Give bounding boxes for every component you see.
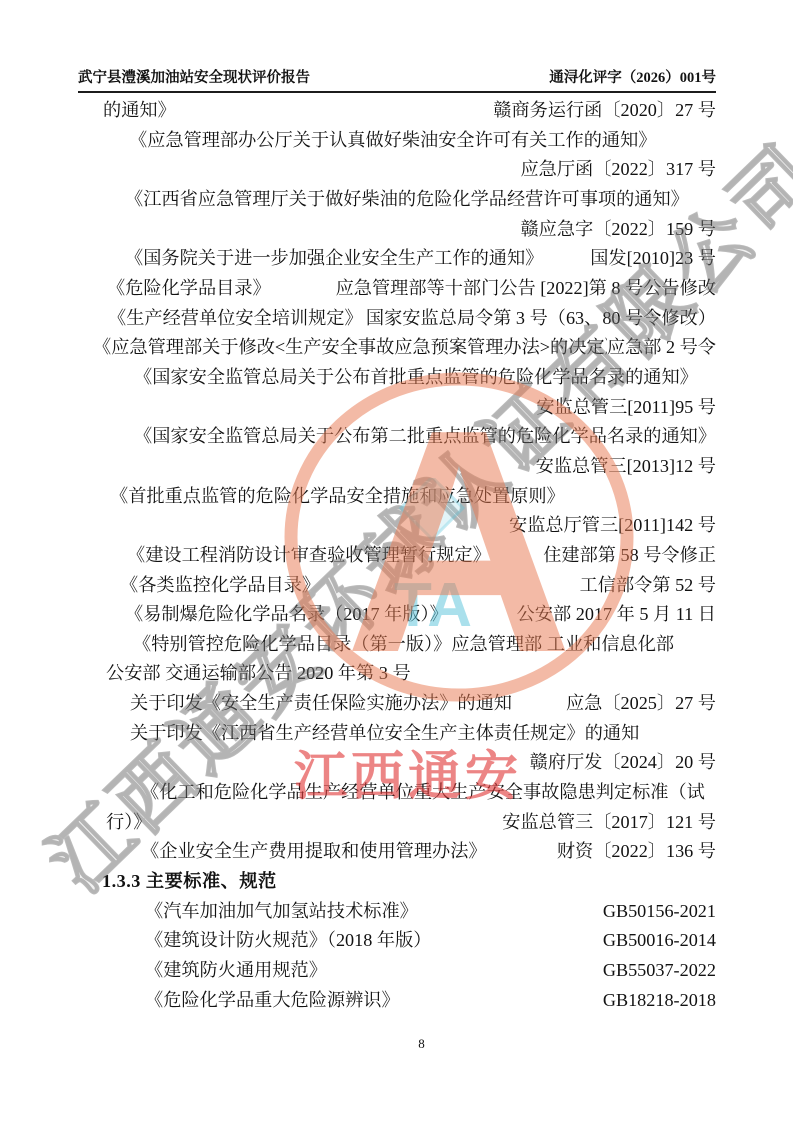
document-line: 《企业安全生产费用提取和使用管理办法》财资〔2022〕136 号 xyxy=(78,837,716,867)
document-line: 安监总管三[2011]95 号 xyxy=(78,393,716,423)
document-line: 的通知》赣商务运行函〔2020〕27 号 xyxy=(78,96,716,126)
line-text: 《应急管理部办公厅关于认真做好柴油安全许可有关工作的通知》 xyxy=(78,126,656,156)
line-text: 《危险化学品目录》 xyxy=(78,274,271,304)
line-number: GB18218-2018 xyxy=(603,986,716,1016)
page-header: 武宁县澧溪加油站安全现状评价报告 通浔化评字（2026）001号 xyxy=(78,66,716,93)
line-text: 《国家安全监管总局关于公布首批重点监管的危险化学品名录的通知》 xyxy=(78,363,698,393)
line-text: 关于印发《江西省生产经营单位安全生产主体责任规定》的通知 xyxy=(78,719,639,749)
line-number: 公安部 2017 年 5 月 11 日 xyxy=(517,600,716,630)
document-line: 《易制爆危险化学品名录（2017 年版）》公安部 2017 年 5 月 11 日 xyxy=(78,600,716,630)
document-line: 应急厅函〔2022〕317 号 xyxy=(78,155,716,185)
line-text: 《危险化学品重大危险源辨识》 xyxy=(78,986,400,1016)
line-text: 《企业安全生产费用提取和使用管理办法》 xyxy=(78,837,487,867)
line-number: 安监总厅管三[2011]142 号 xyxy=(509,511,716,541)
document-line: 《特别管控危险化学品目录（第一版）》应急管理部 工业和信息化部 xyxy=(78,630,716,660)
document-line: 《建筑防火通用规范》GB55037-2022 xyxy=(78,956,716,986)
line-text: 《建筑设计防火规范》（2018 年版） xyxy=(78,926,431,956)
line-text: 《化工和危险化学品生产经营单位重大生产安全事故隐患判定标准（试 xyxy=(78,778,705,808)
line-number: 国家安监总局令第 3 号（63、80 号令修改） xyxy=(366,304,716,334)
report-page: 武宁县澧溪加油站安全现状评价报告 通浔化评字（2026）001号 的通知》赣商务… xyxy=(0,0,793,1122)
document-line: 安监总厅管三[2011]142 号 xyxy=(78,511,716,541)
document-line: 《危险化学品目录》应急管理部等十部门公告 [2022]第 8 号公告修改 xyxy=(78,274,716,304)
line-number: 赣应急字〔2022〕159 号 xyxy=(520,215,716,245)
line-text: 《建设工程消防设计审查验收管理暂行规定》 xyxy=(78,541,491,571)
report-title: 武宁县澧溪加油站安全现状评价报告 xyxy=(78,66,310,87)
line-number: 应急管理部等十部门公告 [2022]第 8 号公告修改 xyxy=(336,274,716,304)
line-number: 应急厅函〔2022〕317 号 xyxy=(520,155,716,185)
line-text: 《各类监控化学品目录》 xyxy=(78,571,320,601)
line-number: 应急部 2 号令 xyxy=(607,333,716,363)
document-line: 赣府厅发〔2024〕20 号 xyxy=(78,748,716,778)
document-number: 通浔化评字（2026）001号 xyxy=(549,66,716,87)
line-number: GB50016-2014 xyxy=(603,926,716,956)
line-number: 住建部第 58 号令修正 xyxy=(543,541,716,571)
line-number: GB55037-2022 xyxy=(603,956,716,986)
document-line: 关于印发《江西省生产经营单位安全生产主体责任规定》的通知 xyxy=(78,719,716,749)
line-text: 《特别管控危险化学品目录（第一版）》应急管理部 工业和信息化部 xyxy=(78,630,674,660)
line-text: 《国务院关于进一步加强企业安全生产工作的通知》 xyxy=(78,244,543,274)
document-line: 公安部 交通运输部公告 2020 年第 3 号 xyxy=(78,659,716,689)
line-number: 工信部令第 52 号 xyxy=(580,571,716,601)
document-line: 安监总管三[2013]12 号 xyxy=(78,452,716,482)
line-text: 的通知》 xyxy=(78,96,176,126)
document-line: 《生产经营单位安全培训规定》国家安监总局令第 3 号（63、80 号令修改） xyxy=(78,304,716,334)
line-text: 1.3.3 主要标准、规范 xyxy=(78,867,277,897)
document-body: 的通知》赣商务运行函〔2020〕27 号《应急管理部办公厅关于认真做好柴油安全许… xyxy=(78,96,716,1015)
document-line: 关于印发《安全生产责任保险实施办法》的通知应急〔2025〕27 号 xyxy=(78,689,716,719)
line-number: 应急〔2025〕27 号 xyxy=(566,689,716,719)
document-line: 赣应急字〔2022〕159 号 xyxy=(78,215,716,245)
line-number: 国发[2010]23 号 xyxy=(590,244,716,274)
line-text: 《应急管理部关于修改<生产安全事故应急预案管理办法>的决定》 xyxy=(78,333,607,363)
line-number: 安监总管三〔2017〕121 号 xyxy=(502,808,716,838)
document-line: 《危险化学品重大危险源辨识》GB18218-2018 xyxy=(78,986,716,1016)
line-number: 财资〔2022〕136 号 xyxy=(557,837,716,867)
document-line: 《各类监控化学品目录》工信部令第 52 号 xyxy=(78,571,716,601)
document-line: 《国务院关于进一步加强企业安全生产工作的通知》国发[2010]23 号 xyxy=(78,244,716,274)
line-text: 关于印发《安全生产责任保险实施办法》的通知 xyxy=(78,689,512,719)
document-line: 《国家安全监管总局关于公布首批重点监管的危险化学品名录的通知》 xyxy=(78,363,716,393)
line-text: 公安部 交通运输部公告 2020 年第 3 号 xyxy=(78,659,411,689)
line-text: 《汽车加油加气加氢站技术标准》 xyxy=(78,897,418,927)
line-number: 安监总管三[2011]95 号 xyxy=(536,393,716,423)
document-line: 行）》安监总管三〔2017〕121 号 xyxy=(78,808,716,838)
document-line: 《应急管理部关于修改<生产安全事故应急预案管理办法>的决定》应急部 2 号令 xyxy=(78,333,716,363)
line-text: 《首批重点监管的危险化学品安全措施和应急处置原则》 xyxy=(78,482,565,512)
line-text: 《易制爆危险化学品名录（2017 年版）》 xyxy=(78,600,448,630)
line-text: 《建筑防火通用规范》 xyxy=(78,956,327,986)
document-line: 《国家安全监管总局关于公布第二批重点监管的危险化学品名录的通知》 xyxy=(78,422,716,452)
page-number: 8 xyxy=(50,1036,793,1052)
line-number: 安监总管三[2013]12 号 xyxy=(536,452,716,482)
line-number: 赣府厅发〔2024〕20 号 xyxy=(530,748,716,778)
line-number: 赣商务运行函〔2020〕27 号 xyxy=(493,96,716,126)
line-text: 行）》 xyxy=(78,808,151,838)
document-line: 《建设工程消防设计审查验收管理暂行规定》住建部第 58 号令修正 xyxy=(78,541,716,571)
document-line: 《化工和危险化学品生产经营单位重大生产安全事故隐患判定标准（试 xyxy=(78,778,716,808)
document-line: 《江西省应急管理厅关于做好柴油的危险化学品经营许可事项的通知》 xyxy=(78,185,716,215)
section-heading: 1.3.3 主要标准、规范 xyxy=(78,867,716,897)
document-line: 《建筑设计防火规范》（2018 年版）GB50016-2014 xyxy=(78,926,716,956)
line-number: GB50156-2021 xyxy=(603,897,716,927)
document-line: 《应急管理部办公厅关于认真做好柴油安全许可有关工作的通知》 xyxy=(78,126,716,156)
line-text: 《生产经营单位安全培训规定》 xyxy=(78,304,363,334)
line-text: 《江西省应急管理厅关于做好柴油的危险化学品经营许可事项的通知》 xyxy=(78,185,689,215)
document-line: 《首批重点监管的危险化学品安全措施和应急处置原则》 xyxy=(78,482,716,512)
document-line: 《汽车加油加气加氢站技术标准》GB50156-2021 xyxy=(78,897,716,927)
line-text: 《国家安全监管总局关于公布第二批重点监管的危险化学品名录的通知》 xyxy=(78,422,716,452)
